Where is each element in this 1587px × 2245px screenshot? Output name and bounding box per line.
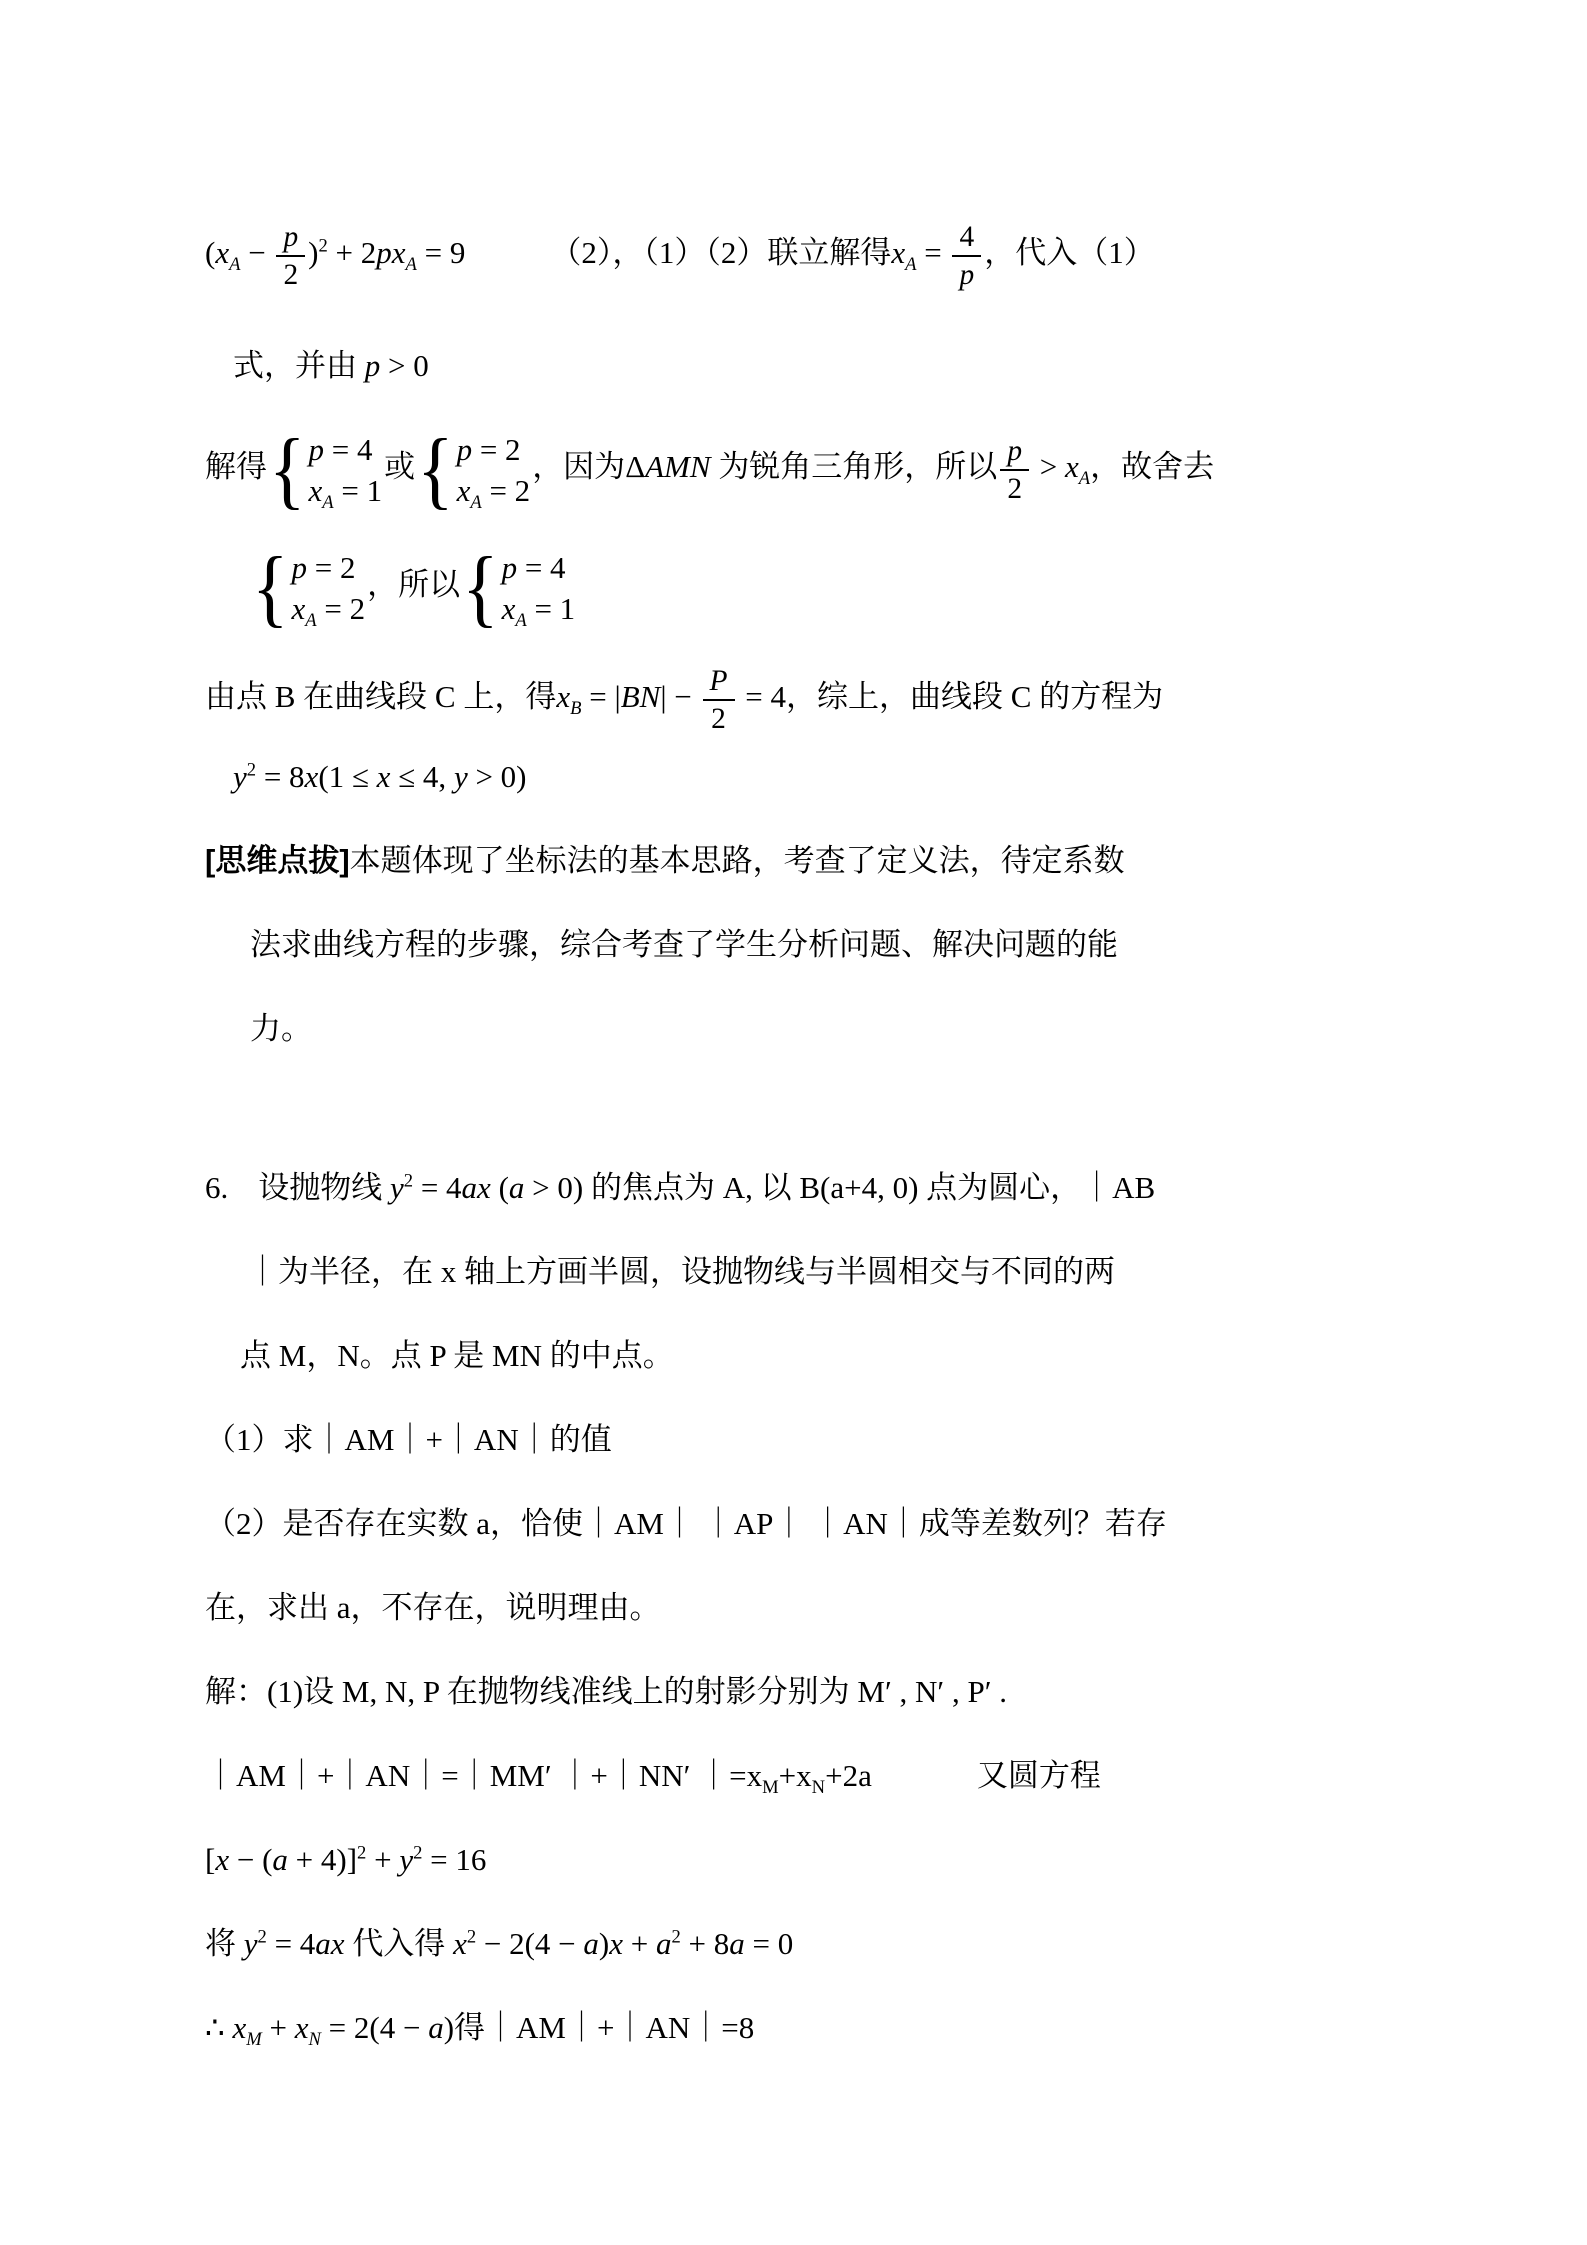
text-run: 由点 B 在曲线段 C 上，得	[205, 679, 556, 714]
math-var: a	[656, 1926, 672, 1961]
math-run: + 2	[328, 235, 376, 270]
math-sup: 2	[247, 760, 256, 781]
text-run: 本题体现了坐标法的基本思路，考查了定义法，待定系数	[350, 843, 1125, 878]
line-substitute-equation: 将 y2 = 4ax 代入得 x2 − 2(4 − a)x + a2 + 8a …	[205, 1902, 1587, 1986]
math-run: = 4	[413, 1170, 461, 1205]
fraction-denominator: p	[952, 257, 981, 291]
text-run: 式，并由	[233, 348, 365, 383]
math-var: p	[457, 432, 473, 467]
cases-row: p = 4	[308, 431, 382, 468]
line-conclusion-sum8: ∴ xM + xN = 2(4 − a)得｜AM｜+｜AN｜=8	[205, 1986, 1587, 2070]
math-var: x	[215, 1842, 229, 1877]
math-run: > 0	[380, 348, 428, 383]
math-run: )	[444, 2010, 454, 2045]
math-sup: 2	[258, 1927, 267, 1948]
fraction: p2	[1000, 435, 1029, 506]
math-run: )	[599, 1926, 609, 1961]
math-sub: N	[309, 2029, 321, 2050]
math-sup: 2	[357, 1843, 366, 1864]
cases-rows: p = 2xA = 2	[291, 549, 365, 627]
math-run: = 2	[317, 591, 365, 626]
math-var: px	[376, 235, 405, 270]
line-q6-stem-3: 点 M，N。点 P 是 MN 的中点。	[240, 1314, 1587, 1398]
line-solution-setup: 解：(1)设 M, N, P 在抛物线准线上的射影分别为 M′ , N′ , P…	[205, 1650, 1587, 1734]
fraction-denominator: 2	[703, 701, 735, 735]
math-run: = 4	[267, 1926, 315, 1961]
math-var: ax	[462, 1170, 491, 1205]
math-run: )	[308, 235, 318, 270]
math-var: x	[308, 473, 322, 508]
math-run: (1 ≤	[318, 759, 376, 794]
math-run: = |	[581, 679, 620, 714]
math-run: = 0	[745, 1926, 793, 1961]
math-var: x	[291, 591, 305, 626]
math-run: = 1	[527, 591, 575, 626]
text-run: （1）求｜AM｜+｜AN｜的值	[205, 1422, 612, 1457]
math-var: p	[308, 432, 324, 467]
q6-number: 6.	[205, 1170, 228, 1205]
math-sup: 2	[467, 1927, 476, 1948]
math-var: x	[295, 2010, 309, 2045]
tips-label: [思维点拔]	[205, 843, 350, 878]
cases-rows: p = 4xA = 1	[308, 431, 382, 509]
math-var: ax	[315, 1926, 344, 1961]
cases-row: xA = 1	[308, 472, 382, 509]
line-thinking-tips-3: 力。	[250, 987, 1587, 1071]
math-run: =	[917, 235, 950, 270]
math-run: Δ	[625, 449, 645, 484]
cases-row: xA = 1	[502, 590, 576, 627]
math-run: + 8	[681, 1926, 729, 1961]
math-var: x	[502, 591, 516, 626]
text-run: +x	[779, 1758, 812, 1793]
fraction-denominator: 2	[276, 257, 305, 291]
math-run: = 4	[324, 432, 372, 467]
math-run: +	[262, 2010, 295, 2045]
text-run: +2a	[825, 1758, 872, 1793]
math-run: (	[491, 1170, 509, 1205]
math-var: y	[244, 1926, 258, 1961]
cases-rows: p = 2xA = 2	[457, 431, 531, 509]
cases-group: {p = 2xA = 2	[252, 549, 365, 627]
fraction-numerator: p	[276, 221, 305, 257]
math-run: >	[1032, 449, 1065, 484]
math-run: = 2	[472, 432, 520, 467]
cases-row: p = 2	[291, 549, 365, 586]
math-sup: 2	[413, 1843, 422, 1864]
math-run: = 9	[417, 235, 465, 270]
line-q6-part2-2: 在，求出 a，不存在，说明理由。	[205, 1566, 1587, 1650]
text-run: ｜为半径，在 x 轴上方画半圆，设抛物线与半圆相交与不同的两	[247, 1254, 1115, 1289]
text-run: ，所以	[367, 567, 460, 602]
math-var: x	[891, 235, 905, 270]
line-q6-part2-1: （2）是否存在实数 a，恰使｜AM｜ ｜AP｜ ｜AN｜成等差数列？若存	[205, 1482, 1587, 1566]
math-sub: A	[229, 254, 240, 275]
math-var: y	[233, 759, 247, 794]
text-run: 法求曲线方程的步骤，综合考查了学生分析问题、解决问题的能	[250, 927, 1118, 962]
math-sup: 2	[318, 236, 327, 257]
math-var: AMN	[645, 449, 710, 484]
text-run: 又圆方程	[977, 1758, 1101, 1793]
math-var: y	[399, 1842, 413, 1877]
math-var: x	[556, 679, 570, 714]
text-run: 在，求出 a，不存在，说明理由。	[205, 1590, 661, 1625]
math-sub: B	[570, 698, 581, 719]
math-run: = 2	[307, 550, 355, 585]
fraction-denominator: 2	[1000, 471, 1029, 505]
fraction-numerator: P	[703, 665, 735, 701]
math-sub: A	[905, 254, 916, 275]
math-run: = 16	[422, 1842, 486, 1877]
math-var: a	[729, 1926, 745, 1961]
fraction-numerator: 4	[952, 221, 981, 257]
math-var: x	[609, 1926, 623, 1961]
math-var: x	[232, 2010, 246, 2045]
text-run: ｜AM｜+｜AN｜=｜MM′ ｜+｜NN′ ｜=x	[205, 1758, 762, 1793]
math-run: = 2	[482, 473, 530, 508]
math-var: p	[502, 550, 518, 585]
line-reject-keep: {p = 2xA = 2，所以{p = 4xA = 1	[250, 526, 1587, 644]
math-run: −	[240, 235, 273, 270]
line-thinking-tips-1: [思维点拔]本题体现了坐标法的基本思路，考查了定义法，待定系数	[205, 819, 1587, 903]
math-run: (	[205, 235, 215, 270]
math-sub: A	[305, 610, 316, 631]
math-sub: A	[1079, 468, 1090, 489]
math-var: x	[453, 1926, 467, 1961]
text-run: 点 M，N。点 P 是 MN 的中点。	[240, 1338, 674, 1373]
line-solve-cases: 解得{p = 4xA = 1或{p = 2xA = 2，因为ΔAMN 为锐角三角…	[205, 408, 1587, 526]
math-run: | −	[660, 679, 699, 714]
math-run: ∴	[205, 2010, 232, 2045]
math-sub: A	[470, 492, 481, 513]
cases-row: xA = 2	[291, 590, 365, 627]
math-sub: A	[406, 254, 417, 275]
cases-group: {p = 2xA = 2	[417, 431, 530, 509]
math-var: a	[272, 1842, 288, 1877]
cases-rows: p = 4xA = 1	[502, 549, 576, 627]
math-var: a	[509, 1170, 525, 1205]
math-var: p	[365, 348, 381, 383]
math-var: y	[390, 1170, 404, 1205]
text-run: ，因为	[532, 449, 625, 484]
blank-line	[0, 1071, 1587, 1146]
text-run: ，代入（1）	[984, 235, 1155, 270]
math-var: p	[291, 550, 307, 585]
math-run: − (	[229, 1842, 272, 1877]
line-eq2-and-solution: (xA − p2)2 + 2pxA = 9（2），（1）（2）联立解得xA = …	[205, 200, 1587, 306]
text-run: （2），（1）（2）联立解得	[550, 235, 891, 270]
math-run: +	[623, 1926, 656, 1961]
text-run: （2）是否存在实数 a，恰使｜AM｜ ｜AP｜ ｜AN｜成等差数列？若存	[205, 1506, 1167, 1541]
math-sup: 2	[672, 1927, 681, 1948]
math-var: x	[305, 759, 319, 794]
text-run: 得｜AM｜+｜AN｜=8	[454, 2010, 754, 2045]
line-q6-part1: （1）求｜AM｜+｜AN｜的值	[205, 1398, 1587, 1482]
math-var: x	[1065, 449, 1079, 484]
cases-brace: {	[462, 549, 498, 628]
math-sub: A	[322, 492, 333, 513]
math-sup: 2	[404, 1171, 413, 1192]
document-content: (xA − p2)2 + 2pxA = 9（2），（1）（2）联立解得xA = …	[0, 0, 1587, 2070]
math-run: > 0)	[468, 759, 527, 794]
math-run: [	[205, 1842, 215, 1877]
math-run: = 1	[334, 473, 382, 508]
text-run: 将	[205, 1926, 244, 1961]
text-run: 代入得	[345, 1926, 454, 1961]
cases-row: p = 2	[457, 431, 531, 468]
text-run: 的焦点为 A, 以 B(a+4, 0) 点为圆心，｜AB	[591, 1170, 1155, 1205]
math-var: x	[215, 235, 229, 270]
text-run: 解得	[205, 449, 267, 484]
line-q6-stem-2: ｜为半径，在 x 轴上方画半圆，设抛物线与半圆相交与不同的两	[247, 1230, 1587, 1314]
math-var: x	[377, 759, 391, 794]
fraction: 4p	[952, 221, 981, 292]
math-run: = 4	[738, 679, 786, 714]
text-run: ，综上，曲线段 C 的方程为	[786, 679, 1163, 714]
text-run: 力。	[250, 1011, 312, 1046]
text-run: 或	[384, 449, 415, 484]
math-sub: N	[812, 1777, 825, 1798]
fraction: p2	[276, 221, 305, 292]
math-run: > 0)	[524, 1170, 591, 1205]
fraction: P2	[703, 665, 735, 736]
line-condition-p-positive: 式，并由 p > 0	[233, 324, 1587, 408]
math-sub: A	[515, 610, 526, 631]
text-run: ，故舍去	[1090, 449, 1214, 484]
cases-row: p = 4	[502, 549, 576, 586]
math-run: ≤ 4,	[390, 759, 454, 794]
text-run: 解：(1)设 M, N, P 在抛物线准线上的射影分别为 M′ , N′ , P…	[205, 1674, 1007, 1709]
cases-brace: {	[269, 431, 305, 510]
math-var: BN	[621, 679, 661, 714]
math-var: a	[428, 2010, 444, 2045]
math-run: = 8	[256, 759, 304, 794]
cases-group: {p = 4xA = 1	[462, 549, 575, 627]
math-var: y	[454, 759, 468, 794]
cases-brace: {	[252, 549, 288, 628]
math-sub: M	[762, 1777, 779, 1798]
text-run: 设抛物线	[258, 1170, 390, 1205]
cases-brace: {	[417, 431, 453, 510]
line-thinking-tips-2: 法求曲线方程的步骤，综合考查了学生分析问题、解决问题的能	[250, 903, 1587, 987]
math-run: − 2(4 −	[476, 1926, 583, 1961]
math-run: = 4	[517, 550, 565, 585]
cases-row: xA = 2	[457, 472, 531, 509]
text-run: 为锐角三角形，所以	[711, 449, 998, 484]
document-page: (xA − p2)2 + 2pxA = 9（2），（1）（2）联立解得xA = …	[0, 0, 1587, 2245]
math-run: + 4)]	[288, 1842, 357, 1877]
line-q6-stem-1: 6.设抛物线 y2 = 4ax (a > 0) 的焦点为 A, 以 B(a+4,…	[205, 1146, 1587, 1230]
line-circle-equation: [x − (a + 4)]2 + y2 = 16	[205, 1818, 1587, 1902]
fraction-numerator: p	[1000, 435, 1029, 471]
math-run: +	[366, 1842, 399, 1877]
line-am-an-sum: ｜AM｜+｜AN｜=｜MM′ ｜+｜NN′ ｜=xM+xN+2a又圆方程	[205, 1734, 1587, 1818]
math-sub: M	[246, 2029, 262, 2050]
cases-group: {p = 4xA = 1	[269, 431, 382, 509]
math-run: = 2(4 −	[321, 2010, 428, 2045]
math-var: a	[583, 1926, 599, 1961]
math-var: x	[457, 473, 471, 508]
